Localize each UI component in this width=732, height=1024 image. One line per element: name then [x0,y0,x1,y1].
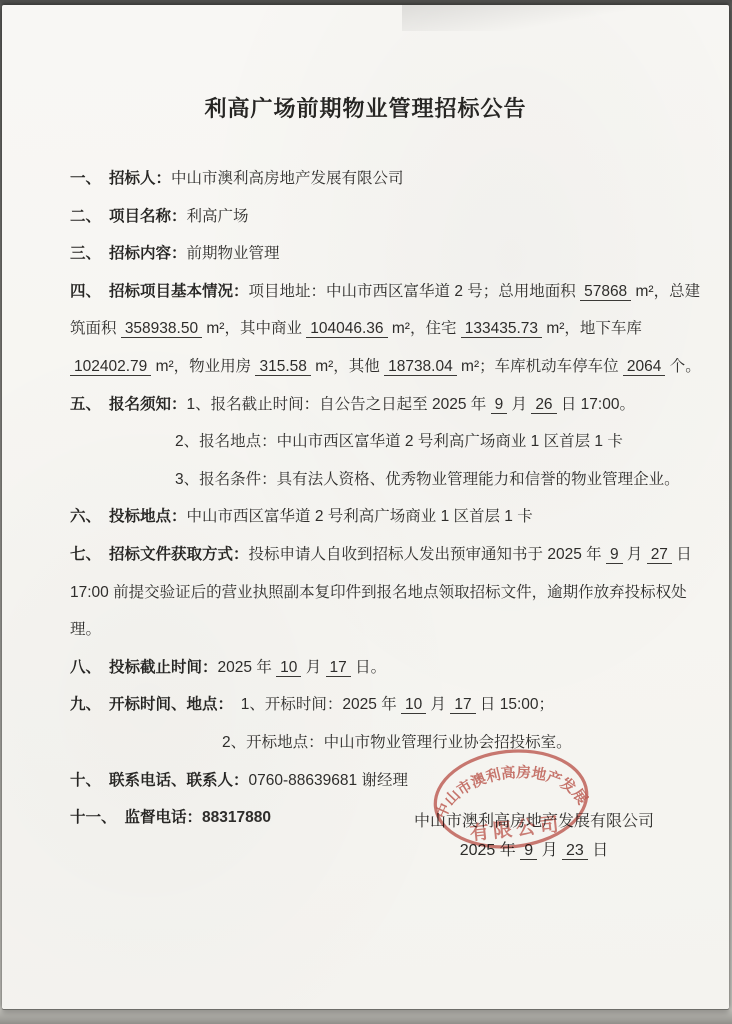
paragraph-label: 招标项目基本情况： [109,283,249,300]
document-paragraph: 一、招标人：中山市澳利高房地产发展有限公司 [70,160,705,198]
text-segment: 中山市西区富华道 2 号利高广场商业 1 区首层 1 卡 [187,508,533,525]
text-segment: m²，住宅 [388,320,461,337]
paragraph-ordinal: 一、 [70,170,109,187]
paragraph-ordinal: 六、 [70,508,109,525]
paragraph-label: 监督电话： [125,809,203,826]
paragraph-label: 招标内容： [109,245,187,262]
document-paragraph: 十、联系电话、联系人：0760-88639681 谢经理 [70,762,705,800]
text-segment: 日 [588,842,608,859]
text-segment: 0760-88639681 谢经理 [249,772,408,789]
underlined-value: 102402.79 [70,358,151,376]
paragraph-ordinal: 十、 [70,772,109,789]
paragraph-label: 开标时间、地点： [109,696,225,713]
document-title: 利高广场前期物业管理招标公告 [2,95,729,123]
document-paragraph: 六、投标地点：中山市西区富华道 2 号利高广场商业 1 区首层 1 卡 [70,498,705,536]
paragraph-label: 招标文件获取方式： [109,546,249,563]
text-segment: 利高广场 [187,208,249,225]
paragraph-label: 联系电话、联系人： [109,772,249,789]
underlined-value: 17 [450,696,475,714]
underlined-value: 9 [606,546,623,564]
underlined-value: 27 [647,546,672,564]
text-segment: m²；车库机动车停车位 [457,358,623,375]
document-paragraph: 3、报名条件：具有法人资格、优秀物业管理能力和信誉的物业管理企业。 [175,461,705,499]
text-segment: 投标申请人自收到招标人发出预审通知书于 2025 年 [249,546,606,563]
paragraph-ordinal: 十一、 [70,809,125,826]
underlined-value: 10 [401,696,426,714]
underlined-value: 18738.04 [384,358,457,376]
underlined-value: 315.58 [255,358,310,376]
text-segment: 2025 年 [460,842,521,859]
paragraph-label: 投标地点： [109,508,187,525]
underlined-value: 9 [520,842,537,860]
document-paragraph: 四、招标项目基本情况：项目地址：中山市西区富华道 2 号；总用地面积 57868… [70,273,705,386]
scanned-document-page: 利高广场前期物业管理招标公告 一、招标人：中山市澳利高房地产发展有限公司二、项目… [2,5,729,1009]
text-segment: 1、开标时间：2025 年 [225,696,401,713]
underlined-value: 10 [276,659,301,677]
text-segment: 个。 [665,358,700,375]
text-segment: 1、报名截止时间：自公告之日起至 2025 年 [187,396,491,413]
document-paragraph: 八、投标截止时间：2025 年 10 月 17 日。 [70,649,705,687]
paragraph-label: 投标截止时间： [109,659,218,676]
underlined-value: 104046.36 [306,320,387,338]
text-segment: m²，其他 [311,358,384,375]
document-paragraph: 五、报名须知：1、报名截止时间：自公告之日起至 2025 年 9 月 26 日 … [70,386,705,424]
signature-company: 中山市澳利高房地产发展有限公司 [410,807,658,836]
text-segment: 月 [507,396,531,413]
paragraph-ordinal: 八、 [70,659,109,676]
text-segment: 前期物业管理 [187,245,280,262]
underlined-value: 57868 [580,283,631,301]
text-segment: 项目地址：中山市西区富华道 2 号；总用地面积 [249,283,581,300]
paragraph-ordinal: 九、 [70,696,109,713]
paragraph-ordinal: 三、 [70,245,109,262]
text-segment: 日 17:00。 [557,396,635,413]
underlined-value: 9 [491,396,508,414]
paragraph-label: 项目名称： [109,208,187,225]
document-paragraph: 2、开标地点：中山市物业管理行业协会招投标室。 [222,724,705,762]
document-paragraph: 九、开标时间、地点： 1、开标时间：2025 年 10 月 17 日 15:00… [70,686,705,724]
text-segment: 月 [426,696,450,713]
text-segment: 2025 年 [218,659,277,676]
underlined-value: 23 [562,842,588,860]
paragraph-ordinal: 七、 [70,546,109,563]
underlined-value: 133435.73 [461,320,542,338]
text-segment: 日。 [351,659,386,676]
text-segment: m²，地下车库 [542,320,642,337]
paragraph-ordinal: 二、 [70,208,109,225]
underlined-value: 26 [531,396,556,414]
text-segment: 2、报名地点：中山市西区富华道 2 号利高广场商业 1 区首层 1 卡 [175,433,623,450]
underlined-value: 358938.50 [121,320,202,338]
text-segment: 月 [301,659,325,676]
text-segment: m²，其中商业 [202,320,306,337]
underlined-value: 17 [326,659,351,677]
text-segment: m²，物业用房 [151,358,255,375]
paragraph-ordinal: 四、 [70,283,109,300]
signature-date: 2025 年 9 月 23 日 [410,836,658,865]
document-paragraph: 二、项目名称：利高广场 [70,198,705,236]
paragraph-label: 报名须知： [109,396,187,413]
document-paragraph: 三、招标内容：前期物业管理 [70,235,705,273]
document-paragraph: 七、招标文件获取方式：投标申请人自收到招标人发出预审通知书于 2025 年 9 … [70,536,705,649]
text-segment: 2、开标地点：中山市物业管理行业协会招投标室。 [222,734,572,751]
text-segment: 88317880 [202,809,271,826]
text-segment: 月 [537,842,562,859]
underlined-value: 2064 [623,358,665,376]
document-paragraph: 2、报名地点：中山市西区富华道 2 号利高广场商业 1 区首层 1 卡 [175,423,705,461]
text-segment: 月 [623,546,647,563]
text-segment: 中山市澳利高房地产发展有限公司 [171,170,404,187]
paragraph-label: 招标人： [109,170,171,187]
document-body: 一、招标人：中山市澳利高房地产发展有限公司二、项目名称：利高广场三、招标内容：前… [70,160,705,837]
paragraph-ordinal: 五、 [70,396,109,413]
text-segment: 3、报名条件：具有法人资格、优秀物业管理能力和信誉的物业管理企业。 [175,471,680,488]
signature-block: 中山市澳利高房地产发展有限公司 2025 年 9 月 23 日 [410,807,658,865]
text-segment: 日 15:00； [476,696,554,713]
